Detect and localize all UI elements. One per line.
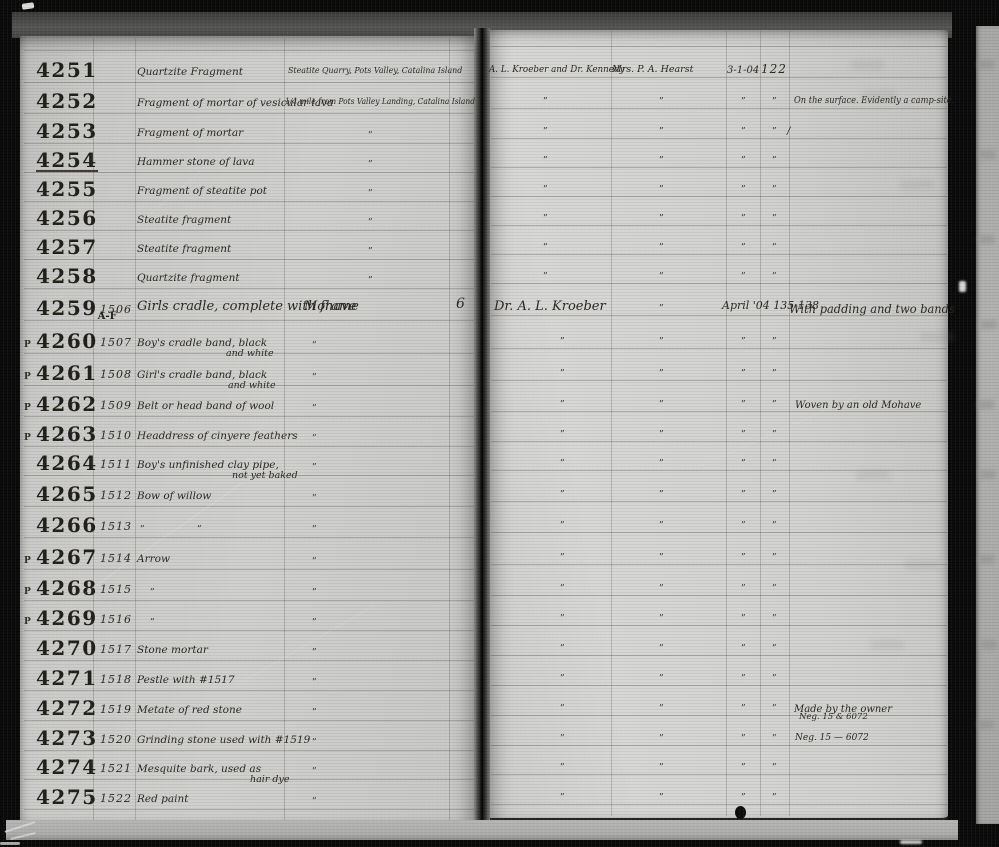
date-ditto-mark: ” [741,128,745,137]
remarks: Woven by an old Mohave [795,399,921,411]
row-rule [491,108,947,109]
row-rule [491,564,947,565]
date-ditto-mark: ” [741,705,745,714]
table-surface-below-book [6,820,958,840]
row-rule [491,77,947,78]
donor-ditto-mark: ” [659,764,663,773]
locality-ditto-mark: ” [312,342,316,351]
ghost-number-smudge [979,555,995,564]
description: Belt or head band of wool [137,400,274,412]
entry-number: 4261 [36,363,98,383]
row-rule [491,196,947,197]
row-rule [491,225,947,226]
entry-number: 4270 [36,638,98,658]
row-prefix: P [24,617,31,627]
museum-number: 1521 [100,763,132,776]
donor-ditto-mark: ” [659,522,663,531]
date-ditto-mark: ” [741,460,745,469]
date-ditto-mark: ” [741,98,745,107]
collector: Dr. A. L. Kroeber [494,300,606,315]
donor-ditto-mark: ” [659,273,663,282]
date-ditto-mark: ” [741,186,745,195]
collector-ditto-mark: ” [560,431,564,440]
description: Mesquite bark, used as [137,763,261,775]
row-rule [491,501,947,502]
museum-number: 1512 [100,490,132,503]
right-edge-white-speck [959,281,966,292]
locality: Mohave [304,300,356,315]
show-through-mark [905,560,939,570]
entry-number: 4251 [36,60,98,80]
entry-number: 4254 [36,150,98,172]
description: Hammer stone of lava [137,156,255,168]
row-rule [24,750,474,751]
museum-number: 1518 [100,674,132,687]
donor-ditto-mark: ” [659,615,663,624]
date-ditto-mark: ” [741,491,745,500]
collector-ditto-mark: ” [560,460,564,469]
museum-number: 1515 [100,584,132,597]
collector-ditto-mark: ” [543,273,547,282]
museum-number: 1507 [100,337,132,350]
museum-number: 1520 [100,734,132,747]
row-rule [491,283,947,284]
donor-ditto-mark: ” [659,431,663,440]
entry-number: 4267 [36,547,98,567]
ghost-number-smudge [980,150,996,159]
page-number: 122 [761,63,787,77]
description: Arrow [137,553,170,565]
description-ditto-mark: ” [150,619,154,628]
page-number-ditto-mark: ” [772,460,776,469]
row-rule [491,348,947,349]
museum-number: 1513 [100,521,132,534]
row-rule [491,804,947,805]
donor-ditto-mark: ” [659,305,663,314]
entry-number: 4263 [36,424,98,444]
page-number-ditto-mark: ” [772,764,776,773]
row-prefix: P [24,556,31,566]
row-rule [24,416,474,417]
description: Steatite fragment [137,243,231,255]
date-ditto-mark: ” [741,273,745,282]
locality-ditto-mark: ” [368,219,372,228]
donor-ditto-mark: ” [659,98,663,107]
bottom-right-white-mark [900,840,922,844]
date-ditto-mark: ” [741,675,745,684]
page-number-ditto-mark: ” [772,244,776,253]
page-number-ditto-mark: ” [772,186,776,195]
date-ditto-mark: ” [741,244,745,253]
collector-ditto-mark: ” [543,215,547,224]
row-rule [24,506,474,507]
ghost-number-smudge [979,235,995,244]
column-rule [789,31,790,816]
page-number-ditto-mark: ” [772,585,776,594]
collector-ditto-mark: ” [560,794,564,803]
date-ditto-mark: ” [741,764,745,773]
row-rule [24,809,474,810]
page-number-ditto-mark: ” [772,735,776,744]
locality: Steatite Quarry, Pots Valley, Catalina I… [288,67,462,77]
collector-ditto-mark: ” [560,491,564,500]
page-number-ditto-mark: ” [772,98,776,107]
row-rule [491,715,947,716]
row-rule [491,532,947,533]
entry-number: 4257 [36,237,98,257]
adjacent-page-edge-strip [976,26,999,824]
collector: A. L. Kroeber and Dr. Kennedy [489,65,625,76]
row-rule [491,46,947,47]
date-ditto-mark: ” [741,401,745,410]
description: Stone mortar [137,644,208,656]
donor-ditto-mark: ” [659,338,663,347]
locality-ditto-mark: ” [312,768,316,777]
page-number-ditto-mark: ” [772,273,776,282]
ghost-number-smudge [978,720,994,729]
locality-ditto-mark: ” [312,435,316,444]
description: Red paint [137,793,189,805]
museum-number: 1516 [100,614,132,627]
row-rule [24,288,474,289]
bottom-left-white-marks [0,842,20,845]
collector-ditto-mark: ” [560,370,564,379]
description-line2: hair dye [250,775,289,786]
show-through-mark [920,332,954,342]
museum-number: 1522 [100,793,132,806]
show-through-mark [850,60,884,70]
page-number-ditto-mark: ” [772,522,776,531]
collector-ditto-mark: ” [560,735,564,744]
date-ditto-mark: ” [741,585,745,594]
description-ditto-mark: ” [150,589,154,598]
ghost-number-smudge [981,640,997,649]
page-number-ditto-mark: ” [772,157,776,166]
page-number-ditto-mark: ” [772,794,776,803]
collector-ditto-mark: ” [543,98,547,107]
entry-number: 4265 [36,484,98,504]
locality-ditto-mark: ” [368,161,372,170]
locality-ditto-mark: ” [368,277,372,286]
row-rule [24,172,474,173]
donor-ditto-mark: ” [659,157,663,166]
row-rule [24,537,474,538]
row-rule [24,259,474,260]
collector-ditto-mark: ” [560,522,564,531]
page-number-ditto-mark: ” [772,675,776,684]
entry-number: 4268 [36,578,98,598]
collector-ditto-mark: ” [560,585,564,594]
column-rule [611,31,612,816]
row-rule [491,380,947,381]
page-number-ditto-mark: ” [772,128,776,137]
donor-ditto-mark: ” [659,128,663,137]
entry-number: 4252 [36,91,98,111]
photographed-ledger-spread: 4251Quartzite FragmentSteatite Quarry, P… [0,0,999,847]
row-rule [491,595,947,596]
row-rule [491,138,947,139]
locality-ditto-mark: ” [312,526,316,535]
description: Grinding stone used with #1519 [137,734,310,746]
donor-ditto-mark: ” [659,370,663,379]
description: Quartzite Fragment [137,66,243,78]
collector-ditto-mark: ” [560,764,564,773]
row-rule [24,569,474,570]
donor-ditto-mark: ” [659,401,663,410]
museum-number: 1509 [100,400,132,413]
locality-ditto-mark: ” [368,248,372,257]
description: Fragment of steatite pot [137,185,267,197]
donor-ditto-mark: ” [659,244,663,253]
description-ditto-mark: ” [197,526,201,535]
row-rule [491,254,947,255]
locality-ditto-mark: ” [312,798,316,807]
column-rule [135,38,136,820]
museum-number: 1519 [100,704,132,717]
entry-number: 4255 [36,179,98,199]
row-prefix: P [24,433,31,443]
museum-number: 1506 [100,304,132,317]
row-rule [491,167,947,168]
date-ditto-mark: ” [741,615,745,624]
locality-ditto-mark: ” [368,190,372,199]
row-rule [24,201,474,202]
page-number-ditto-mark: ” [772,338,776,347]
column-rule [449,38,450,820]
museum-number: 1517 [100,644,132,657]
description-line2: and white [228,381,276,392]
entry-number: 4266 [36,515,98,535]
locality-ditto-mark: ” [312,619,316,628]
date-ditto-mark: ” [741,431,745,440]
remarks: Neg. 15 — 6072 [795,733,869,743]
locality-ditto-mark: ” [312,558,316,567]
collector-ditto-mark: ” [543,157,547,166]
entry-number: 4256 [36,208,98,228]
row-rule [491,685,947,686]
row-rule [24,113,474,114]
date-ditto-mark: ” [741,157,745,166]
date-ditto-mark: ” [741,522,745,531]
column-rule [760,31,761,816]
collector-ditto-mark: ” [560,615,564,624]
entry-number: 4272 [36,698,98,718]
date-ditto-mark: ” [741,370,745,379]
column-rule [284,38,285,820]
entry-number: 4258 [36,266,98,286]
entry-number: 4264 [36,453,98,473]
entry-number: 4260 [36,331,98,351]
collector-ditto-mark: ” [543,128,547,137]
collector-ditto-mark: ” [560,338,564,347]
row-rule [24,230,474,231]
entry-number: 4262 [36,394,98,414]
description-line2: and white [226,349,274,360]
row-rule [24,50,474,51]
row-rule [24,600,474,601]
description: Quartzite fragment [137,272,240,284]
remarks: With padding and two bands [789,303,955,317]
entry-number: 4275 [36,787,98,807]
date-ditto-mark: ” [741,338,745,347]
column-rule [726,31,727,816]
locality-ditto-mark: ” [312,495,316,504]
page-number-ditto-mark: ” [772,705,776,714]
row-rule [24,779,474,780]
description: Bow of willow [137,490,211,502]
show-through-mark [900,180,934,190]
entry-number: 4271 [36,668,98,688]
date: 3-1-04 [727,65,759,77]
museum-number: 1510 [100,430,132,443]
row-prefix: P [24,587,31,597]
row-rule [24,660,474,661]
locality-ditto-mark: ” [312,464,316,473]
description-line2: not yet baked [232,471,298,482]
donor-ditto-mark: ” [659,645,663,654]
row-prefix: P [24,340,31,350]
row-rule [491,625,947,626]
collector-ditto-mark: ” [560,705,564,714]
locality-ditto-mark: ” [312,679,316,688]
entry-number: 4253 [36,121,98,141]
museum-number: 1511 [100,459,132,472]
donor: Mrs. P. A. Hearst [612,65,693,76]
donor-ditto-mark: ” [659,491,663,500]
locality: 1/4 mile from Pots Valley Landing, Catal… [285,98,475,108]
page-number-ditto-mark: ” [772,215,776,224]
donor-ditto-mark: ” [659,675,663,684]
page-number-ditto-mark: ” [772,370,776,379]
locality-ditto-mark: ” [312,405,316,414]
page-number-ditto-mark: ” [772,491,776,500]
entry-number: 4274 [36,757,98,777]
row-rule [491,441,947,442]
remarks-line2: Neg. 15 & 6072 [799,713,868,723]
book-binding-gutter [474,28,490,822]
description: Steatite fragment [137,214,231,226]
donor-ditto-mark: ” [659,705,663,714]
donor-ditto-mark: ” [659,554,663,563]
show-through-mark [870,640,904,650]
donor-ditto-mark: ” [659,460,663,469]
locality-ditto-mark: ” [312,709,316,718]
date-ditto-mark: ” [741,794,745,803]
date-ditto-mark: ” [741,645,745,654]
row-rule [24,143,474,144]
locality-ditto-mark: ” [312,739,316,748]
locality-ditto-mark: ” [312,589,316,598]
donor-ditto-mark: ” [659,585,663,594]
ghost-number-smudge [978,400,994,409]
ink-blob-bottom-edge [735,806,746,819]
locality-ditto-mark: ” [312,374,316,383]
page-number-ditto-mark: ” [772,554,776,563]
collector-ditto-mark: ” [543,244,547,253]
ghost-number-smudge [978,60,994,69]
row-rule [24,82,474,83]
collector-ditto-mark: ” [543,186,547,195]
ghost-number-smudge [981,320,997,329]
row-rule [24,630,474,631]
collector-ditto-mark: ” [560,554,564,563]
row-rule [24,690,474,691]
page-number-ditto-mark: ” [772,645,776,654]
row-rule [24,446,474,447]
description: Headdress of cinyere feathers [137,430,298,442]
ghost-number-smudge [980,470,996,479]
row-rule [491,411,947,412]
collector-ditto-mark: ” [560,675,564,684]
collector-ditto-mark: ” [560,645,564,654]
row-rule [491,745,947,746]
show-through-mark [862,90,896,100]
row-rule [24,720,474,721]
row-rule [491,655,947,656]
donor-ditto-mark: ” [659,794,663,803]
locality-ditto-mark: ” [368,132,372,141]
description-ditto-mark: ” [140,526,144,535]
date-ditto-mark: ” [741,554,745,563]
date-ditto-mark: ” [741,215,745,224]
row-prefix: P [24,403,31,413]
page-number-ditto-mark: ” [772,401,776,410]
description: Pestle with #1517 [137,674,235,686]
donor-ditto-mark: ” [659,215,663,224]
description: Metate of red stone [137,704,242,716]
entry-number: 4269 [36,608,98,628]
collector-ditto-mark: ” [560,401,564,410]
row-prefix: P [24,372,31,382]
description: Fragment of mortar [137,127,243,139]
white-speck [22,2,35,10]
locality-ditto-mark: ” [312,649,316,658]
row-rule [491,774,947,775]
donor-ditto-mark: ” [659,186,663,195]
remarks: / [787,126,790,138]
specimen-count: 6 [456,296,465,312]
date-ditto-mark: ” [741,735,745,744]
entry-number: 4273 [36,728,98,748]
page-number-ditto-mark: ” [772,615,776,624]
donor-ditto-mark: ” [659,735,663,744]
show-through-mark [856,470,890,480]
museum-number: 1508 [100,369,132,382]
